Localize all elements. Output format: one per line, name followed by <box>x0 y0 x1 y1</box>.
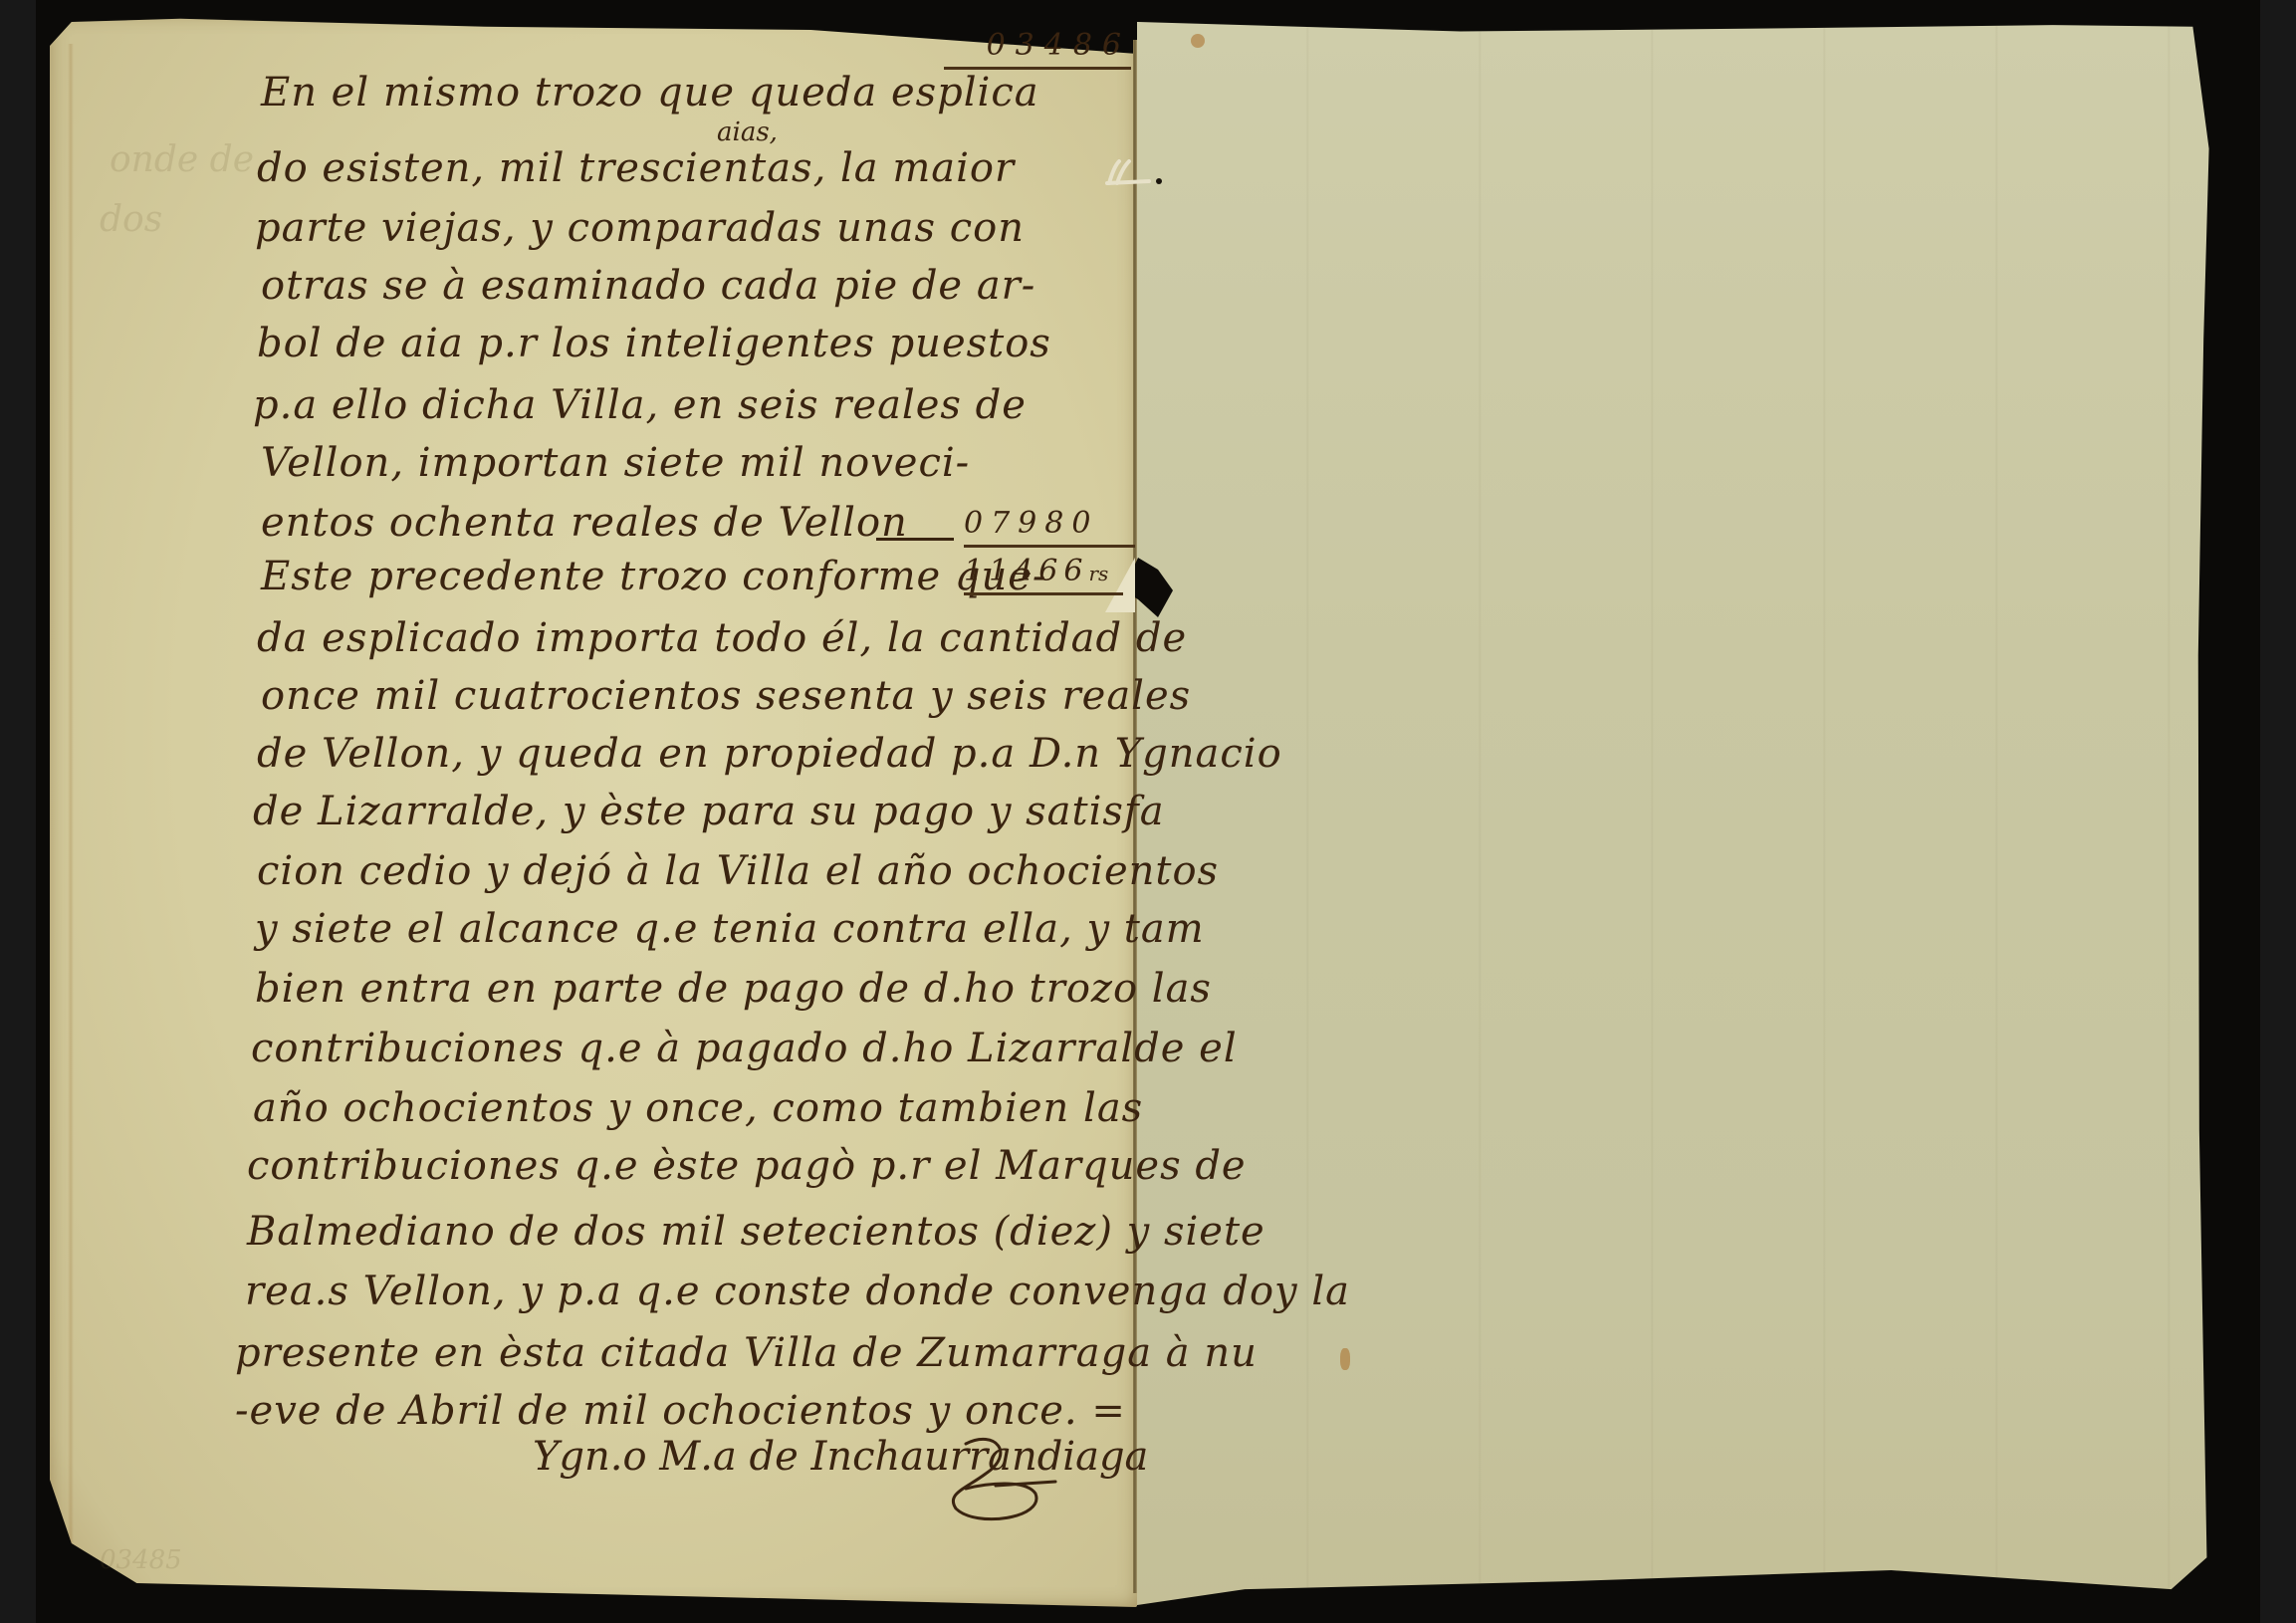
total-value: 11466 <box>964 554 1088 588</box>
manuscript-line: entos ochenta reales de Vellon <box>261 500 908 546</box>
manuscript-line: y siete el alcance q.e tenia contra ella… <box>255 906 1205 952</box>
manuscript-line: once mil cuatrocientos sesenta y seis re… <box>261 673 1191 719</box>
manuscript-line: otras se à esaminado cada pie de ar- <box>261 263 1035 309</box>
manuscript-line: cion cedio y dejó à la Villa el año ocho… <box>257 848 1219 894</box>
paper-laid-lines <box>1137 22 2214 1605</box>
manuscript-line: año ochocientos y once, como tambien las <box>253 1085 1143 1131</box>
total-unit: rs <box>1088 562 1108 585</box>
folio-number: 03486 <box>944 28 1131 70</box>
manuscript-line: da esplicado importa todo él, la cantida… <box>257 615 1187 661</box>
manuscript-line: de Vellon, y queda en propiedad p.a D.n … <box>257 731 1282 777</box>
bleed-through-text: onde de <box>110 139 254 180</box>
manuscript-line: do esisten, mil trescientas, la maior <box>257 145 1015 191</box>
manuscript-line: p.a ello dicha Villa, en seis reales de <box>253 382 1027 428</box>
manuscript-line: de Lizarralde, y èste para su pago y sat… <box>253 789 1165 834</box>
manuscript-line: contribuciones q.e èste pagò p.r el Marq… <box>247 1143 1247 1189</box>
line-amount: 07980 <box>964 506 1135 548</box>
right-page-blank <box>1137 22 2214 1605</box>
bleed-through-text: dos <box>100 199 162 240</box>
scan-border-right <box>2260 0 2296 1623</box>
binding-thread-icon <box>1103 159 1173 189</box>
manuscript-line: bol de aia p.r los inteligentes puestos <box>257 321 1051 366</box>
manuscript-line: En el mismo trozo que queda esplica <box>261 70 1039 116</box>
manuscript-line: -eve de Abril de mil ochocientos y once.… <box>235 1388 1126 1434</box>
bleed-through-folio: 03485 <box>100 1545 182 1575</box>
manuscript-line: rea.s Vellon, y p.a q.e conste donde con… <box>245 1269 1350 1314</box>
scan-border-left <box>0 0 36 1623</box>
interlinear-insert: aias, <box>717 117 778 147</box>
foxing-stain <box>1340 1348 1350 1370</box>
manuscript-line: Balmediano de dos mil setecientos (diez)… <box>247 1209 1265 1255</box>
foxing-stain <box>1191 34 1205 48</box>
manuscript-line: Vellon, importan siete mil noveci- <box>261 440 970 486</box>
signature-rubric-icon <box>926 1434 1065 1523</box>
manuscript-line: parte viejas, y comparadas unas con <box>255 205 1025 251</box>
manuscript-line: Este precedente trozo conforme que- <box>261 554 1046 599</box>
total-amount: 11466rs <box>964 554 1123 595</box>
amount-leader-line <box>876 538 954 541</box>
manuscript-line: contribuciones q.e à pagado d.ho Lizarra… <box>251 1026 1238 1071</box>
manuscript-line: bien entra en parte de pago de d.ho troz… <box>255 966 1212 1012</box>
manuscript-line: presente en èsta citada Villa de Zumarra… <box>235 1330 1258 1376</box>
